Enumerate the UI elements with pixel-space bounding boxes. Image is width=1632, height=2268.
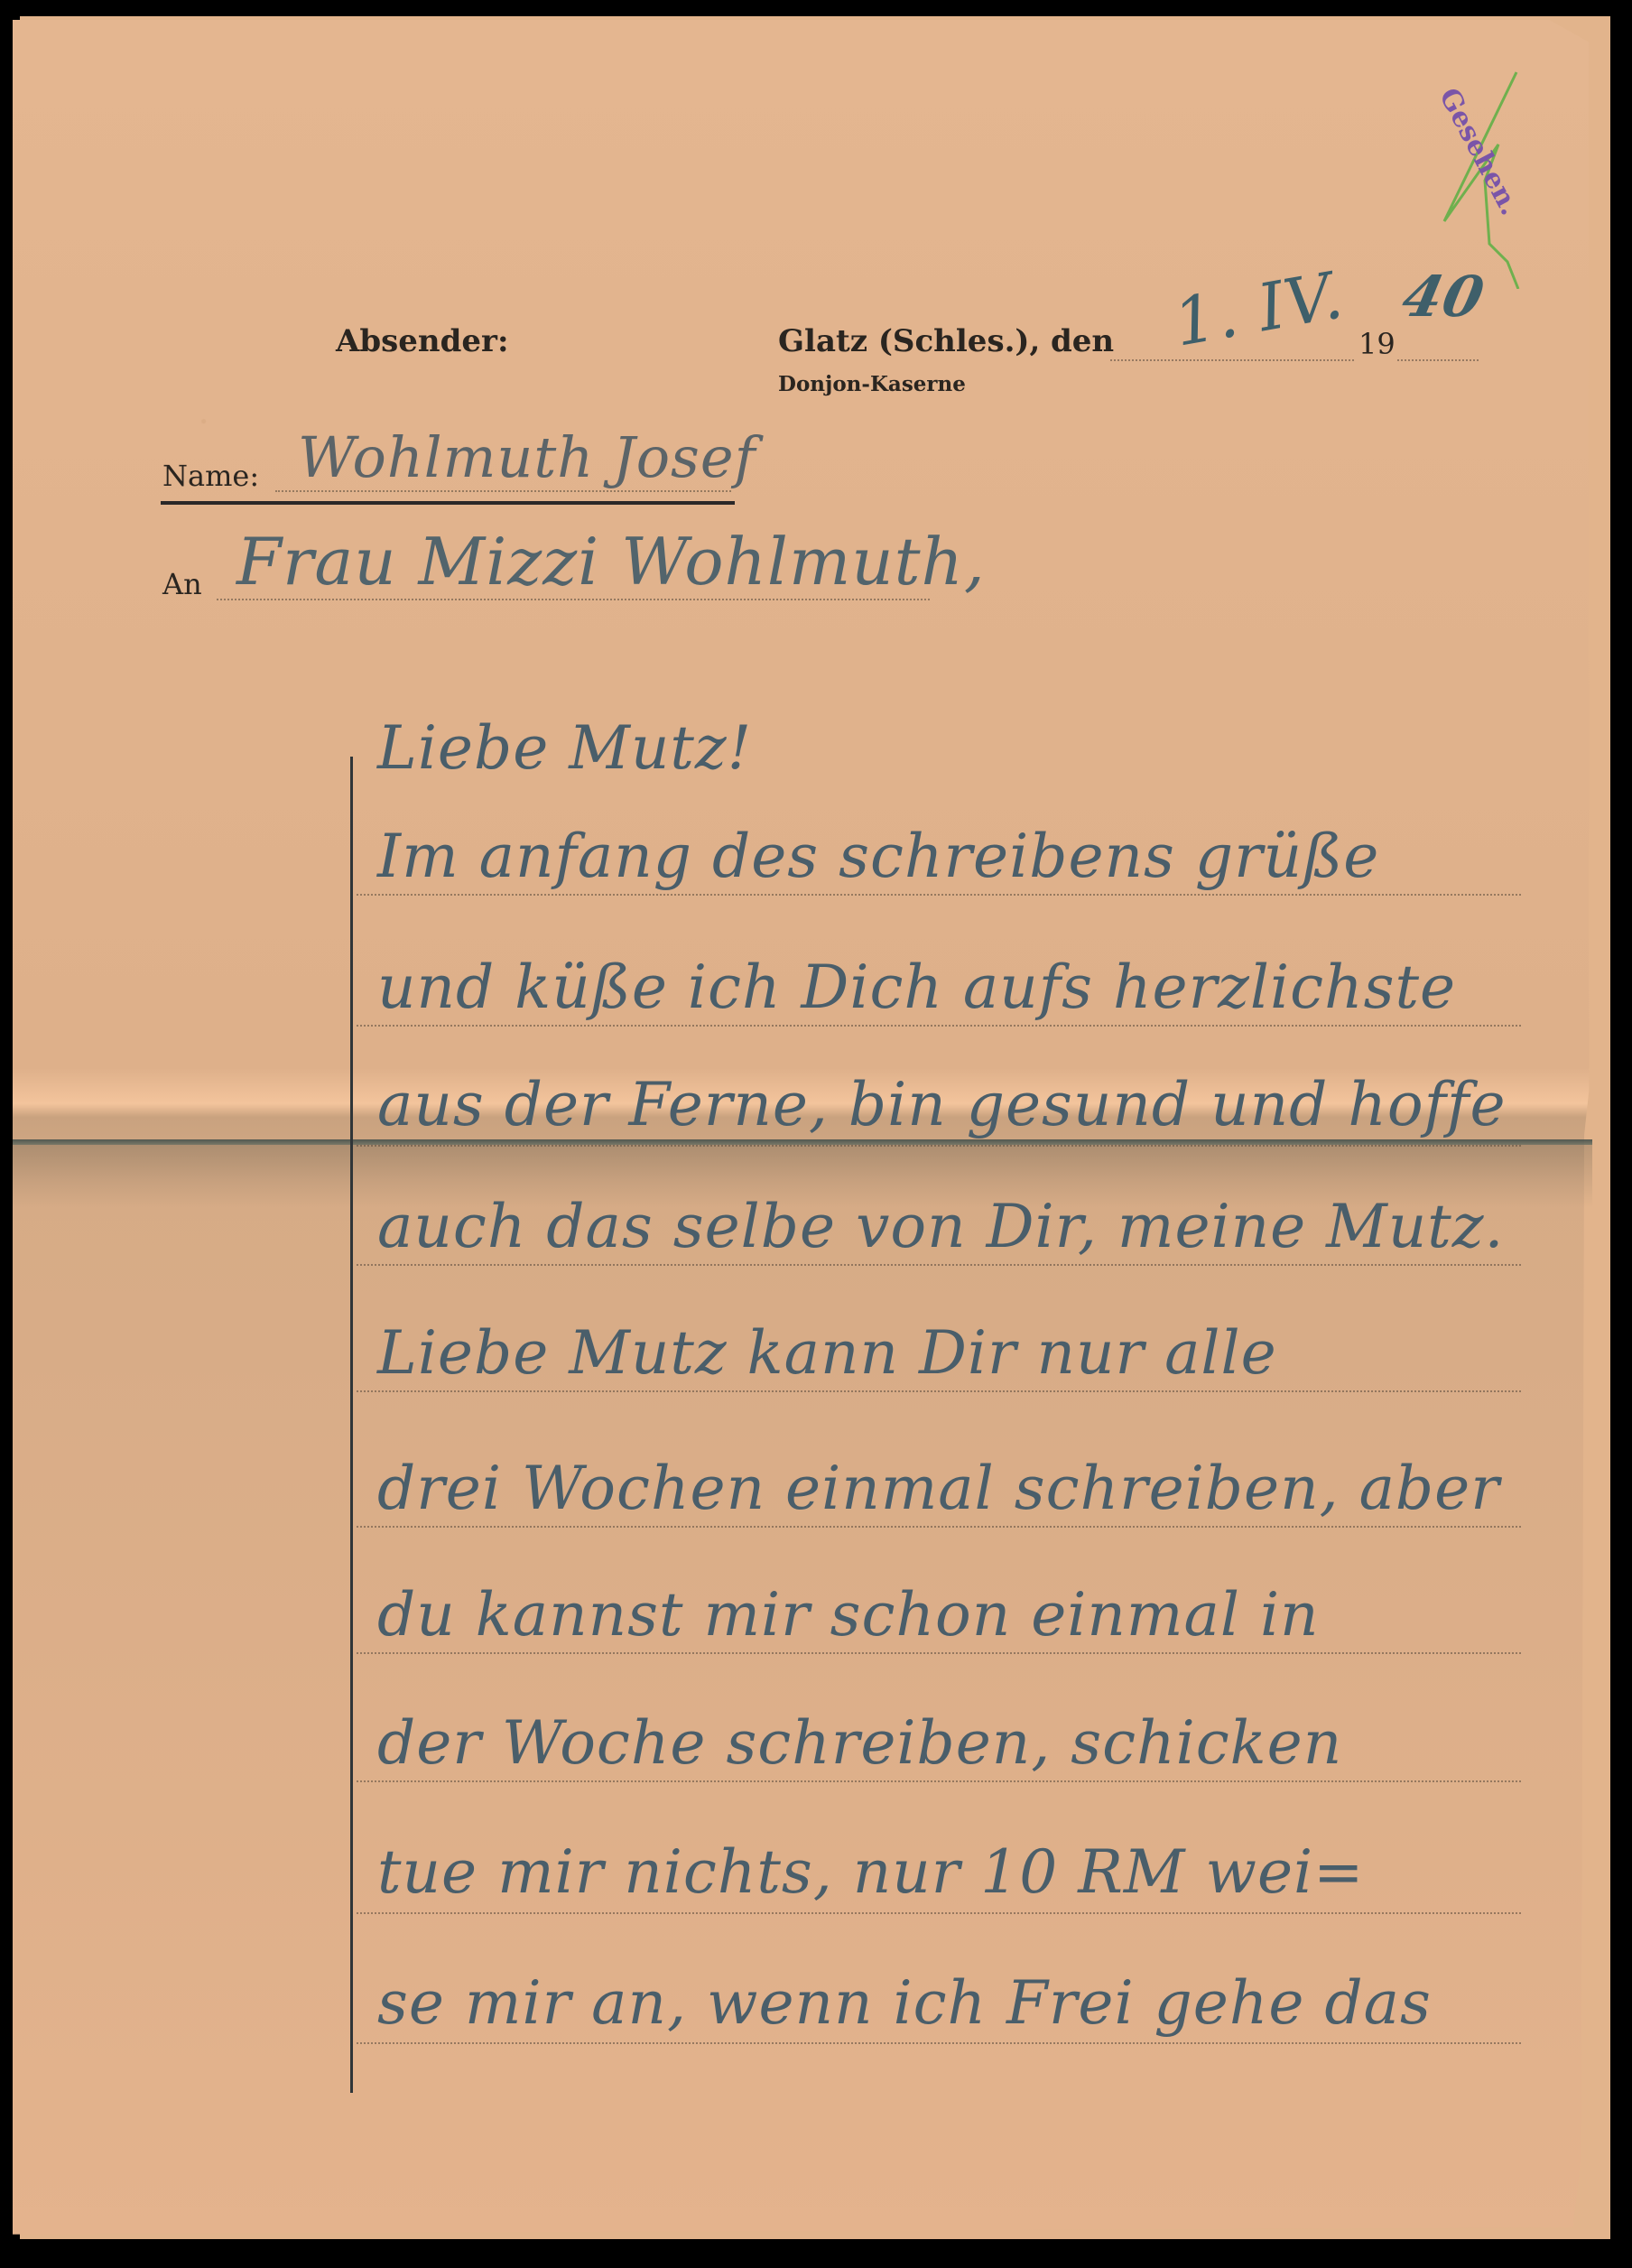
writing-line bbox=[357, 2042, 1521, 2044]
writing-line bbox=[357, 1390, 1521, 1392]
writing-line bbox=[357, 1145, 1521, 1147]
year-prefix: 19 bbox=[1358, 327, 1396, 361]
place-label: Glatz (Schles.), bbox=[778, 323, 1040, 359]
name-label: Name: bbox=[162, 459, 259, 493]
writing-line bbox=[357, 1526, 1521, 1528]
letter-line: Liebe Mutz! bbox=[377, 713, 752, 783]
letter-line: se mir an, wenn ich Frei gehe das bbox=[377, 1968, 1432, 2038]
name-underline-rule bbox=[161, 501, 735, 505]
writing-line bbox=[357, 1264, 1521, 1266]
letter-line: und küße ich Dich aufs herzlichste bbox=[377, 953, 1456, 1022]
name-dotted-line bbox=[275, 490, 731, 492]
date-prefix: den bbox=[1051, 323, 1114, 359]
letter-line: drei Wochen einmal schreiben, aber bbox=[377, 1454, 1500, 1523]
year-dotted-line bbox=[1397, 359, 1479, 361]
sender-label: Absender: bbox=[336, 323, 509, 359]
writing-line bbox=[357, 1025, 1521, 1027]
writing-line bbox=[357, 1912, 1521, 1914]
letter-line: du kannst mir schon einmal in bbox=[377, 1580, 1320, 1650]
letter-line: auch das selbe von Dir, meine Mutz. bbox=[377, 1192, 1505, 1261]
date-dotted-line bbox=[1110, 359, 1354, 361]
sender-name-handwritten: Wohlmuth Josef bbox=[298, 424, 756, 490]
writing-line bbox=[357, 894, 1521, 896]
letter-line: der Woche schreiben, schicken bbox=[377, 1708, 1342, 1778]
letter-line: aus der Ferne, bin gesund und hoffe bbox=[377, 1070, 1507, 1139]
handwritten-year: 40 bbox=[1396, 264, 1490, 330]
writing-line bbox=[357, 1780, 1521, 1782]
letter-line: tue mir nichts, nur 10 RM wei= bbox=[377, 1837, 1364, 1907]
recipient-label: An bbox=[162, 567, 202, 601]
left-margin-rule bbox=[350, 757, 353, 2093]
barracks-subline: Donjon-Kaserne bbox=[778, 372, 966, 396]
letter-line: Im anfang des schreibens grüße bbox=[377, 822, 1379, 891]
writing-line bbox=[357, 1652, 1521, 1654]
letter-line: Liebe Mutz kann Dir nur alle bbox=[377, 1318, 1277, 1388]
recipient-handwritten: Frau Mizzi Wohlmuth, bbox=[236, 524, 986, 600]
